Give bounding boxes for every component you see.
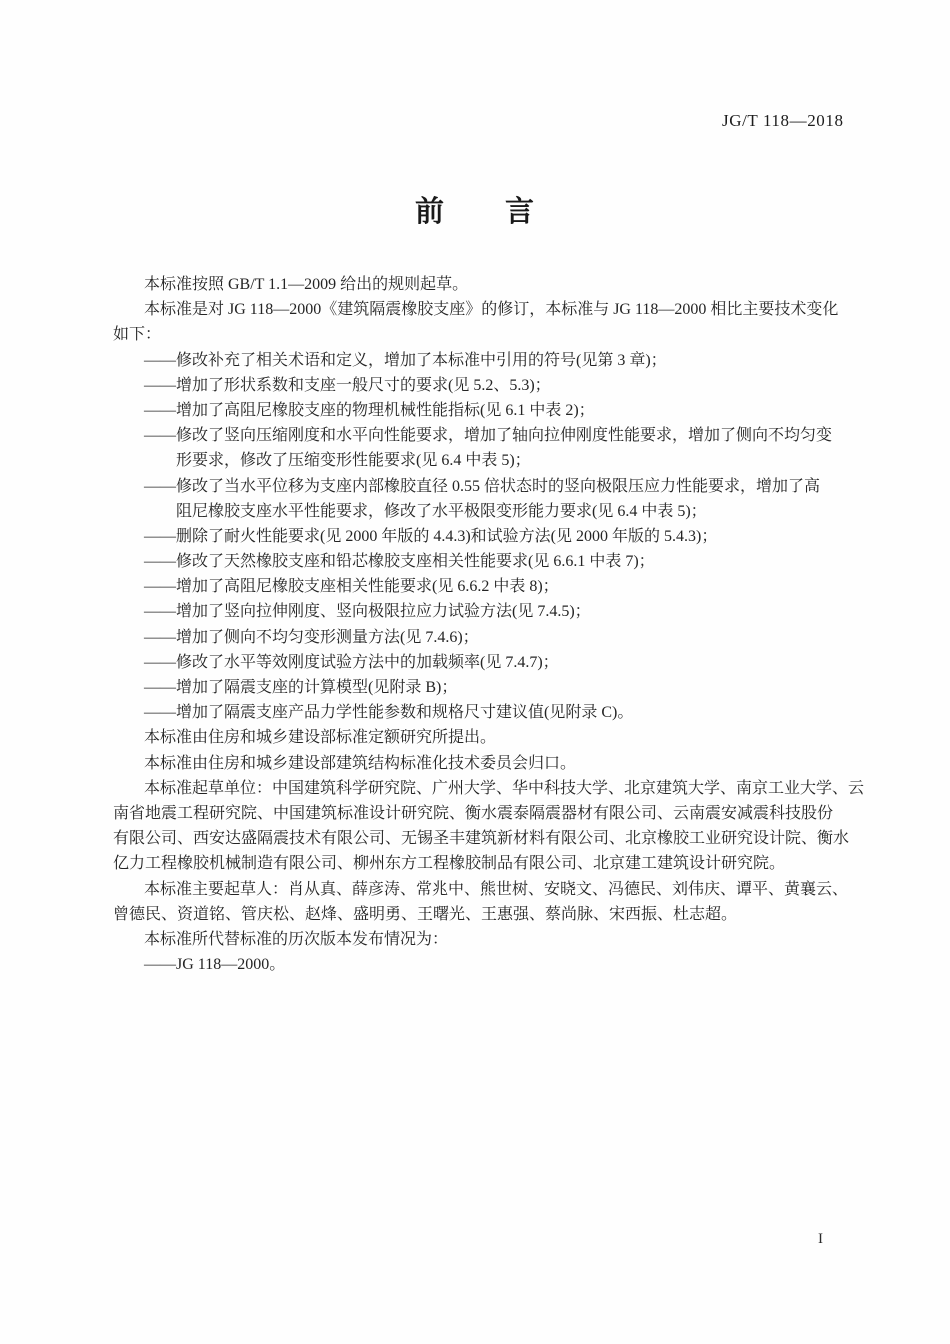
text-line: 如下： xyxy=(113,322,853,347)
text-line: ——增加了隔震支座的计算模型(见附录 B)； xyxy=(113,675,853,700)
text-line: 有限公司、西安达盛隔震技术有限公司、无锡圣丰建筑新材料有限公司、北京橡胶工业研究… xyxy=(113,826,853,851)
text-line: ——修改了当水平位移为支座内部橡胶直径 0.55 倍状态时的竖向极限压应力性能要… xyxy=(113,474,853,499)
text-line: 本标准起草单位：中国建筑科学研究院、广州大学、华中科技大学、北京建筑大学、南京工… xyxy=(113,776,853,801)
document-page: JG/T 118—2018 前 言 本标准按照 GB/T 1.1—2009 给出… xyxy=(0,0,950,1344)
text-line: 本标准主要起草人：肖从真、薛彦涛、常兆中、熊世树、安晓文、冯德民、刘伟庆、谭平、… xyxy=(113,877,853,902)
text-line: ——增加了形状系数和支座一般尺寸的要求(见 5.2、5.3)； xyxy=(113,373,853,398)
page-number: I xyxy=(818,1231,823,1248)
text-line: 阻尼橡胶支座水平性能要求，修改了水平极限变形能力要求(见 6.4 中表 5)； xyxy=(113,499,853,524)
doc-number: JG/T 118—2018 xyxy=(722,111,844,131)
text-line: ——增加了高阻尼橡胶支座相关性能要求(见 6.6.2 中表 8)； xyxy=(113,574,853,599)
text-line: 本标准由住房和城乡建设部建筑结构标准化技术委员会归口。 xyxy=(113,751,853,776)
text-line: ——修改了水平等效刚度试验方法中的加载频率(见 7.4.7)； xyxy=(113,650,853,675)
text-line: ——JG 118—2000。 xyxy=(113,952,853,977)
text-line: 亿力工程橡胶机械制造有限公司、柳州东方工程橡胶制品有限公司、北京建工建筑设计研究… xyxy=(113,851,853,876)
text-line: 本标准按照 GB/T 1.1—2009 给出的规则起草。 xyxy=(113,272,853,297)
foreword-lines: 本标准按照 GB/T 1.1—2009 给出的规则起草。本标准是对 JG 118… xyxy=(113,272,853,977)
text-line: ——修改了天然橡胶支座和铅芯橡胶支座相关性能要求(见 6.6.1 中表 7)； xyxy=(113,549,853,574)
text-line: 本标准由住房和城乡建设部标准定额研究所提出。 xyxy=(113,725,853,750)
text-line: 本标准所代替标准的历次版本发布情况为： xyxy=(113,927,853,952)
text-line: 本标准是对 JG 118—2000《建筑隔震橡胶支座》的修订，本标准与 JG 1… xyxy=(113,297,853,322)
text-line: ——增加了高阻尼橡胶支座的物理机械性能指标(见 6.1 中表 2)； xyxy=(113,398,853,423)
text-line: 形要求，修改了压缩变形性能要求(见 6.4 中表 5)； xyxy=(113,448,853,473)
text-line: ——增加了隔震支座产品力学性能参数和规格尺寸建议值(见附录 C)。 xyxy=(113,700,853,725)
text-line: ——修改补充了相关术语和定义，增加了本标准中引用的符号(见第 3 章)； xyxy=(113,348,853,373)
text-line: ——增加了侧向不均匀变形测量方法(见 7.4.6)； xyxy=(113,625,853,650)
page-title: 前 言 xyxy=(0,189,950,230)
text-line: 南省地震工程研究院、中国建筑标准设计研究院、衡水震泰隔震器材有限公司、云南震安减… xyxy=(113,801,853,826)
text-line: ——修改了竖向压缩刚度和水平向性能要求，增加了轴向拉伸刚度性能要求，增加了侧向不… xyxy=(113,423,853,448)
text-line: 曾德民、资道铭、管庆松、赵烽、盛明勇、王曙光、王惠强、蔡尚脉、宋西振、杜志超。 xyxy=(113,902,853,927)
text-line: ——删除了耐火性能要求(见 2000 年版的 4.4.3)和试验方法(见 200… xyxy=(113,524,853,549)
text-line: ——增加了竖向拉伸刚度、竖向极限拉应力试验方法(见 7.4.5)； xyxy=(113,599,853,624)
